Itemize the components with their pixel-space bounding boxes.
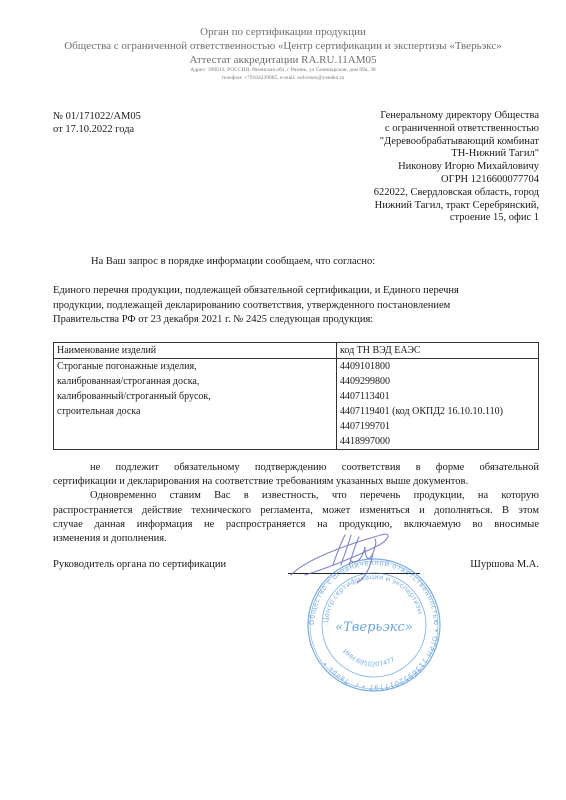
paragraph-line: Правительства РФ от 23 декабря 2021 г. №… bbox=[53, 313, 459, 328]
product-line: калиброванный/строганный брусок, bbox=[57, 389, 333, 404]
addressee-line: ОГРН 1216600077704 bbox=[374, 174, 539, 187]
addressee-line: Никонову Игорю Михайловичу bbox=[374, 161, 539, 174]
legal-basis-paragraph: Единого перечня продукции, подлежащей об… bbox=[53, 284, 459, 328]
addressee-line: 622022, Свердловская область, город bbox=[374, 187, 539, 200]
paragraph-line: продукции, подлежащей декларированию соо… bbox=[53, 299, 459, 314]
paragraph-line: не подлежит обязательному подтверждению … bbox=[53, 461, 539, 475]
header-contacts: телефон: +79164239885, e-mail: os4vezex@… bbox=[0, 75, 566, 81]
header-org-body: Орган по сертификации продукции bbox=[0, 26, 566, 38]
product-line: Строганые погонажные изделия, bbox=[57, 359, 333, 374]
product-line: калиброванная/строганная доска, bbox=[57, 374, 333, 389]
signatory-role: Руководитель органа по сертификации bbox=[53, 559, 226, 570]
products-table: Наименование изделий код ТН ВЭД ЕАЭС Стр… bbox=[53, 342, 539, 450]
header-accreditation: Аттестат аккредитации RA.RU.11AM05 bbox=[0, 54, 566, 66]
table-header-row: Наименование изделий код ТН ВЭД ЕАЭС bbox=[54, 343, 539, 359]
addressee-line: Генеральному директору Общества bbox=[374, 110, 539, 123]
product-line: строительная доска bbox=[57, 404, 333, 419]
letter-date: от 17.10.2022 года bbox=[53, 124, 134, 135]
addressee-line: с ограниченной ответственностью bbox=[374, 123, 539, 136]
letter-number: № 01/171022/AM05 bbox=[53, 111, 141, 122]
addressee-line: ТН-Нижний Тагил" bbox=[374, 148, 539, 161]
code-line: 4418997000 bbox=[340, 434, 535, 449]
svg-text:«Тверьэкс»: «Тверьэкс» bbox=[335, 620, 413, 635]
table-row: Строганые погонажные изделия, калиброван… bbox=[54, 359, 539, 450]
paragraph-line: Одновременно ставим Вас в известность, ч… bbox=[53, 489, 539, 503]
codes-cell: 4409101800 4409299800 4407113401 4407119… bbox=[337, 359, 539, 450]
letter-page: Орган по сертификации продукции Общества… bbox=[0, 0, 566, 800]
addressee-block: Генеральному директору Общества с ограни… bbox=[374, 110, 539, 225]
paragraph-line: Единого перечня продукции, подлежащей об… bbox=[53, 284, 459, 299]
code-line: 4407119401 (код ОКПД2 16.10.10.110) bbox=[340, 404, 535, 419]
signatory-name: Шуршова М.А. bbox=[470, 559, 539, 570]
code-line: 4407199701 bbox=[340, 419, 535, 434]
code-line: 4409299800 bbox=[340, 374, 535, 389]
paragraph-line: распространяется действие технического р… bbox=[53, 504, 539, 518]
svg-text:ИНН 6950207477: ИНН 6950207477 bbox=[341, 647, 396, 668]
header-address: Адрес: 390013, РОССИЯ, Рязанская обл, г … bbox=[0, 67, 566, 73]
intro-text: На Ваш запрос в порядке информации сообщ… bbox=[91, 256, 375, 267]
addressee-line: строение 15, офис 1 bbox=[374, 212, 539, 225]
header-company: Общества с ограниченной ответственностью… bbox=[0, 40, 566, 52]
addressee-line: "Деревообрабатывающий комбинат bbox=[374, 136, 539, 149]
code-line: 4409101800 bbox=[340, 359, 535, 374]
addressee-line: Нижний Тагил, тракт Серебрянский, bbox=[374, 200, 539, 213]
code-line: 4407113401 bbox=[340, 389, 535, 404]
column-header-code: код ТН ВЭД ЕАЭС bbox=[337, 343, 539, 359]
handwritten-signature bbox=[285, 525, 395, 585]
product-cell: Строганые погонажные изделия, калиброван… bbox=[54, 359, 337, 450]
column-header-product: Наименование изделий bbox=[54, 343, 337, 359]
paragraph-line: сертификации и декларирования на соответ… bbox=[53, 475, 539, 489]
